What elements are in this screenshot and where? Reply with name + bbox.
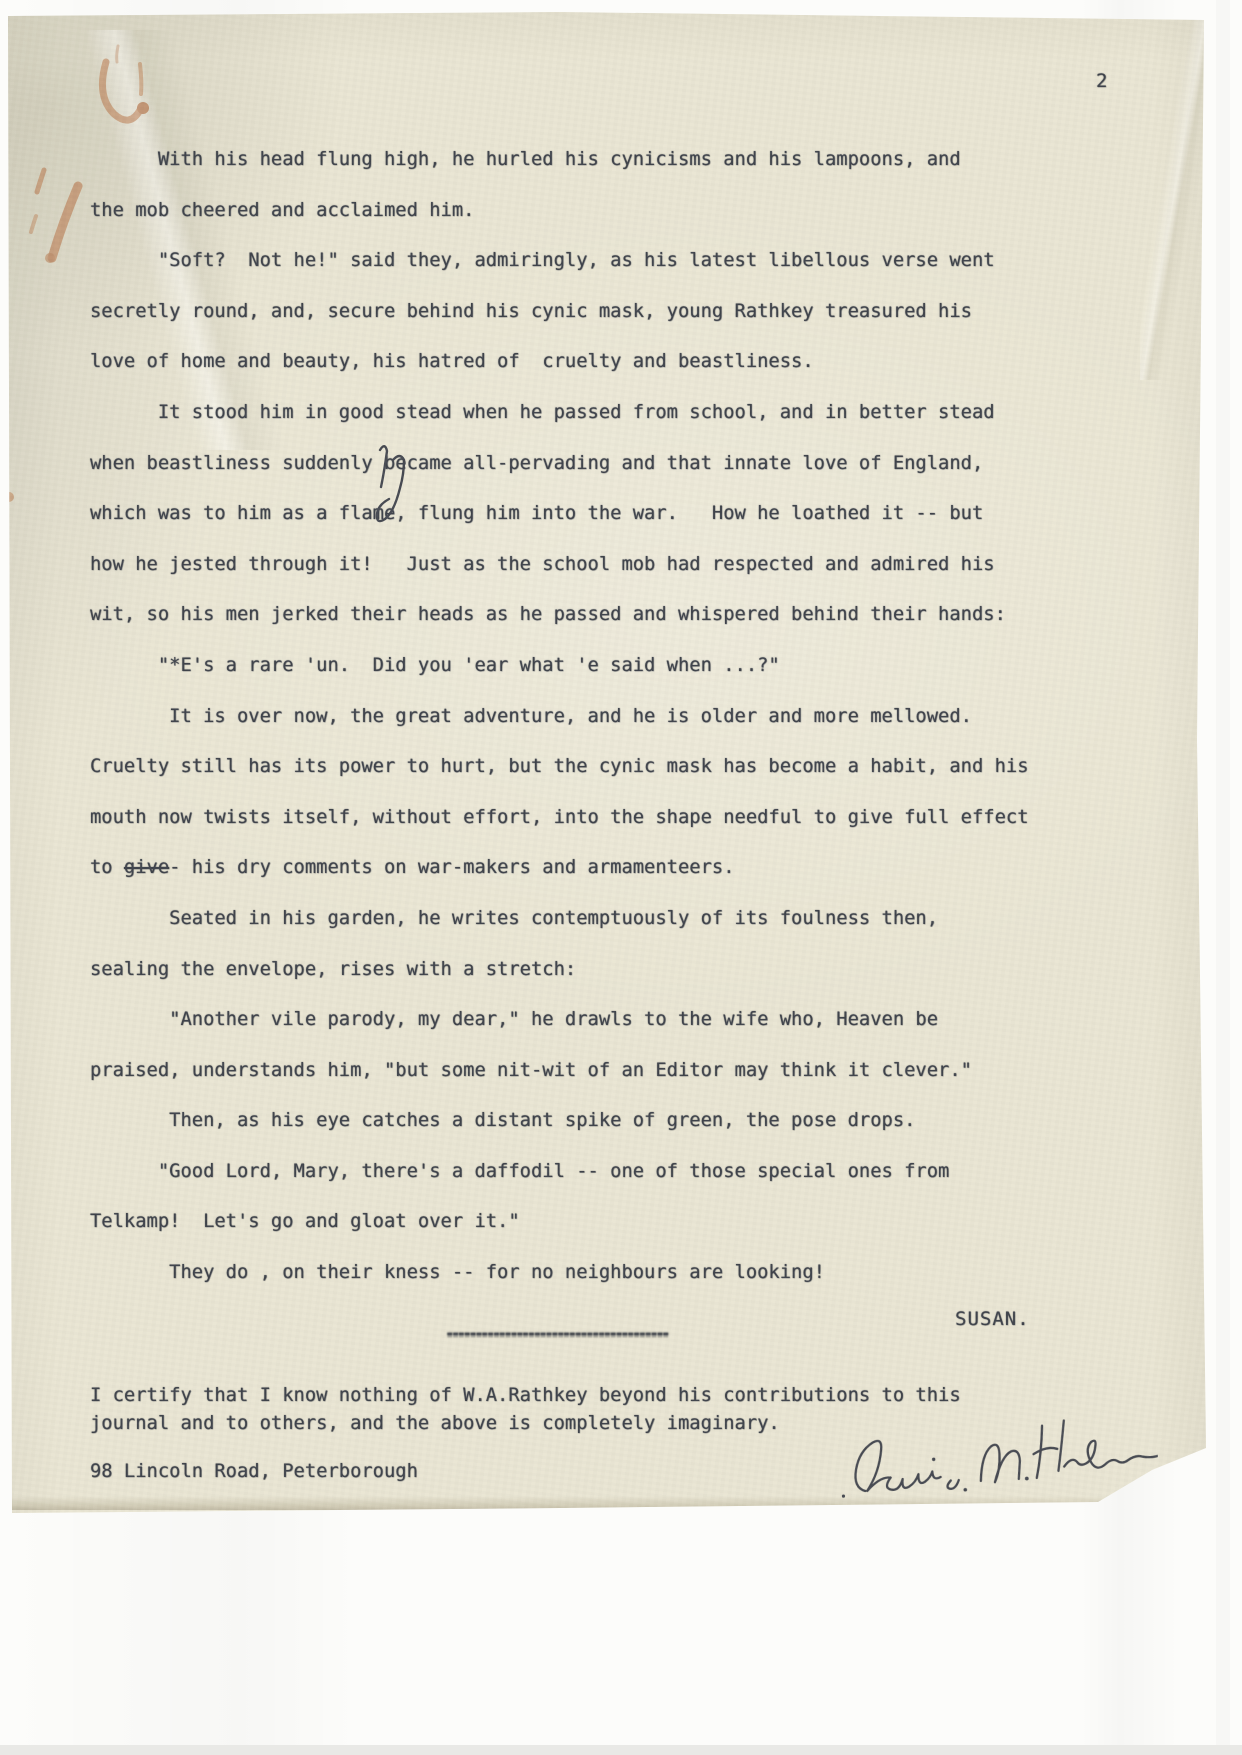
typed-line: praised, understands him, "but some nit-… [90, 1046, 1150, 1097]
certification-line-1: I certify that I know nothing of W.A.Rat… [90, 1385, 961, 1406]
typed-line: With his head flung high, he hurled his … [90, 135, 1150, 186]
address-line: 98 Lincoln Road, Peterborough [90, 1461, 418, 1482]
typed-line: "Another vile parody, my dear," he drawl… [90, 995, 1150, 1046]
typed-line: It stood him in good stead when he passe… [90, 388, 1150, 439]
typed-line: "Good Lord, Mary, there's a daffodil -- … [90, 1147, 1150, 1198]
scanner-streak [1216, 0, 1230, 1755]
typed-line: Then, as his eye catches a distant spike… [90, 1096, 1150, 1147]
certification-line-2: journal and to others, and the above is … [90, 1413, 780, 1434]
typed-line: "Soft? Not he!" said they, admiringly, a… [90, 236, 1150, 287]
rust-stains [0, 0, 260, 560]
typed-line: wit, so his men jerked their heads as he… [90, 590, 1150, 641]
paper-crease [1140, 0, 1210, 380]
paper-crease [40, 30, 300, 450]
typed-lines: With his head flung high, he hurled his … [90, 135, 1150, 1299]
scanned-typescript-page: { "page": { "number": "2" }, "colors": {… [0, 0, 1242, 1755]
certification: I certify that I know nothing of W.A.Rat… [90, 1382, 1050, 1438]
typed-line: "*E's a rare 'un. Did you 'ear what 'e s… [90, 641, 1150, 692]
scanner-edge-strip [0, 1745, 1242, 1755]
typed-line: sealing the envelope, rises with a stret… [90, 945, 1150, 996]
page-number: 2 [1096, 70, 1107, 92]
typed-line: Telkamp! Let's go and gloat over it." [90, 1197, 1150, 1248]
paper-sheet: 2 With his head flung high, he hurled hi… [0, 0, 1242, 1755]
typed-line: secretly round, and, secure behind his c… [90, 287, 1150, 338]
typed-line: how he jested through it! Just as the sc… [90, 540, 1150, 591]
typed-line: the mob cheered and acclaimed him. [90, 186, 1150, 237]
typed-line: They do , on their kness -- for no neigh… [90, 1248, 1150, 1299]
typed-line: which was to him as a flame, flung him i… [90, 489, 1150, 540]
typed-line: love of home and beauty, his hatred of c… [90, 337, 1150, 388]
typed-line: It is over now, the great adventure, and… [90, 692, 1150, 743]
struck-word: give [124, 857, 169, 878]
typed-line: Seated in his garden, he writes contempt… [90, 894, 1150, 945]
typed-line: Cruelty still has its power to hurt, but… [90, 742, 1150, 793]
typed-line: to give- his dry comments on war-makers … [90, 843, 1150, 894]
typed-line: when beastliness suddenly became all-per… [90, 439, 1150, 490]
typed-line: mouth now twists itself, without effort,… [90, 793, 1150, 844]
byline: SUSAN. [955, 1308, 1030, 1330]
typed-rule: -------------------------------------- [444, 1318, 666, 1349]
handwritten-correction-ly [366, 438, 422, 538]
